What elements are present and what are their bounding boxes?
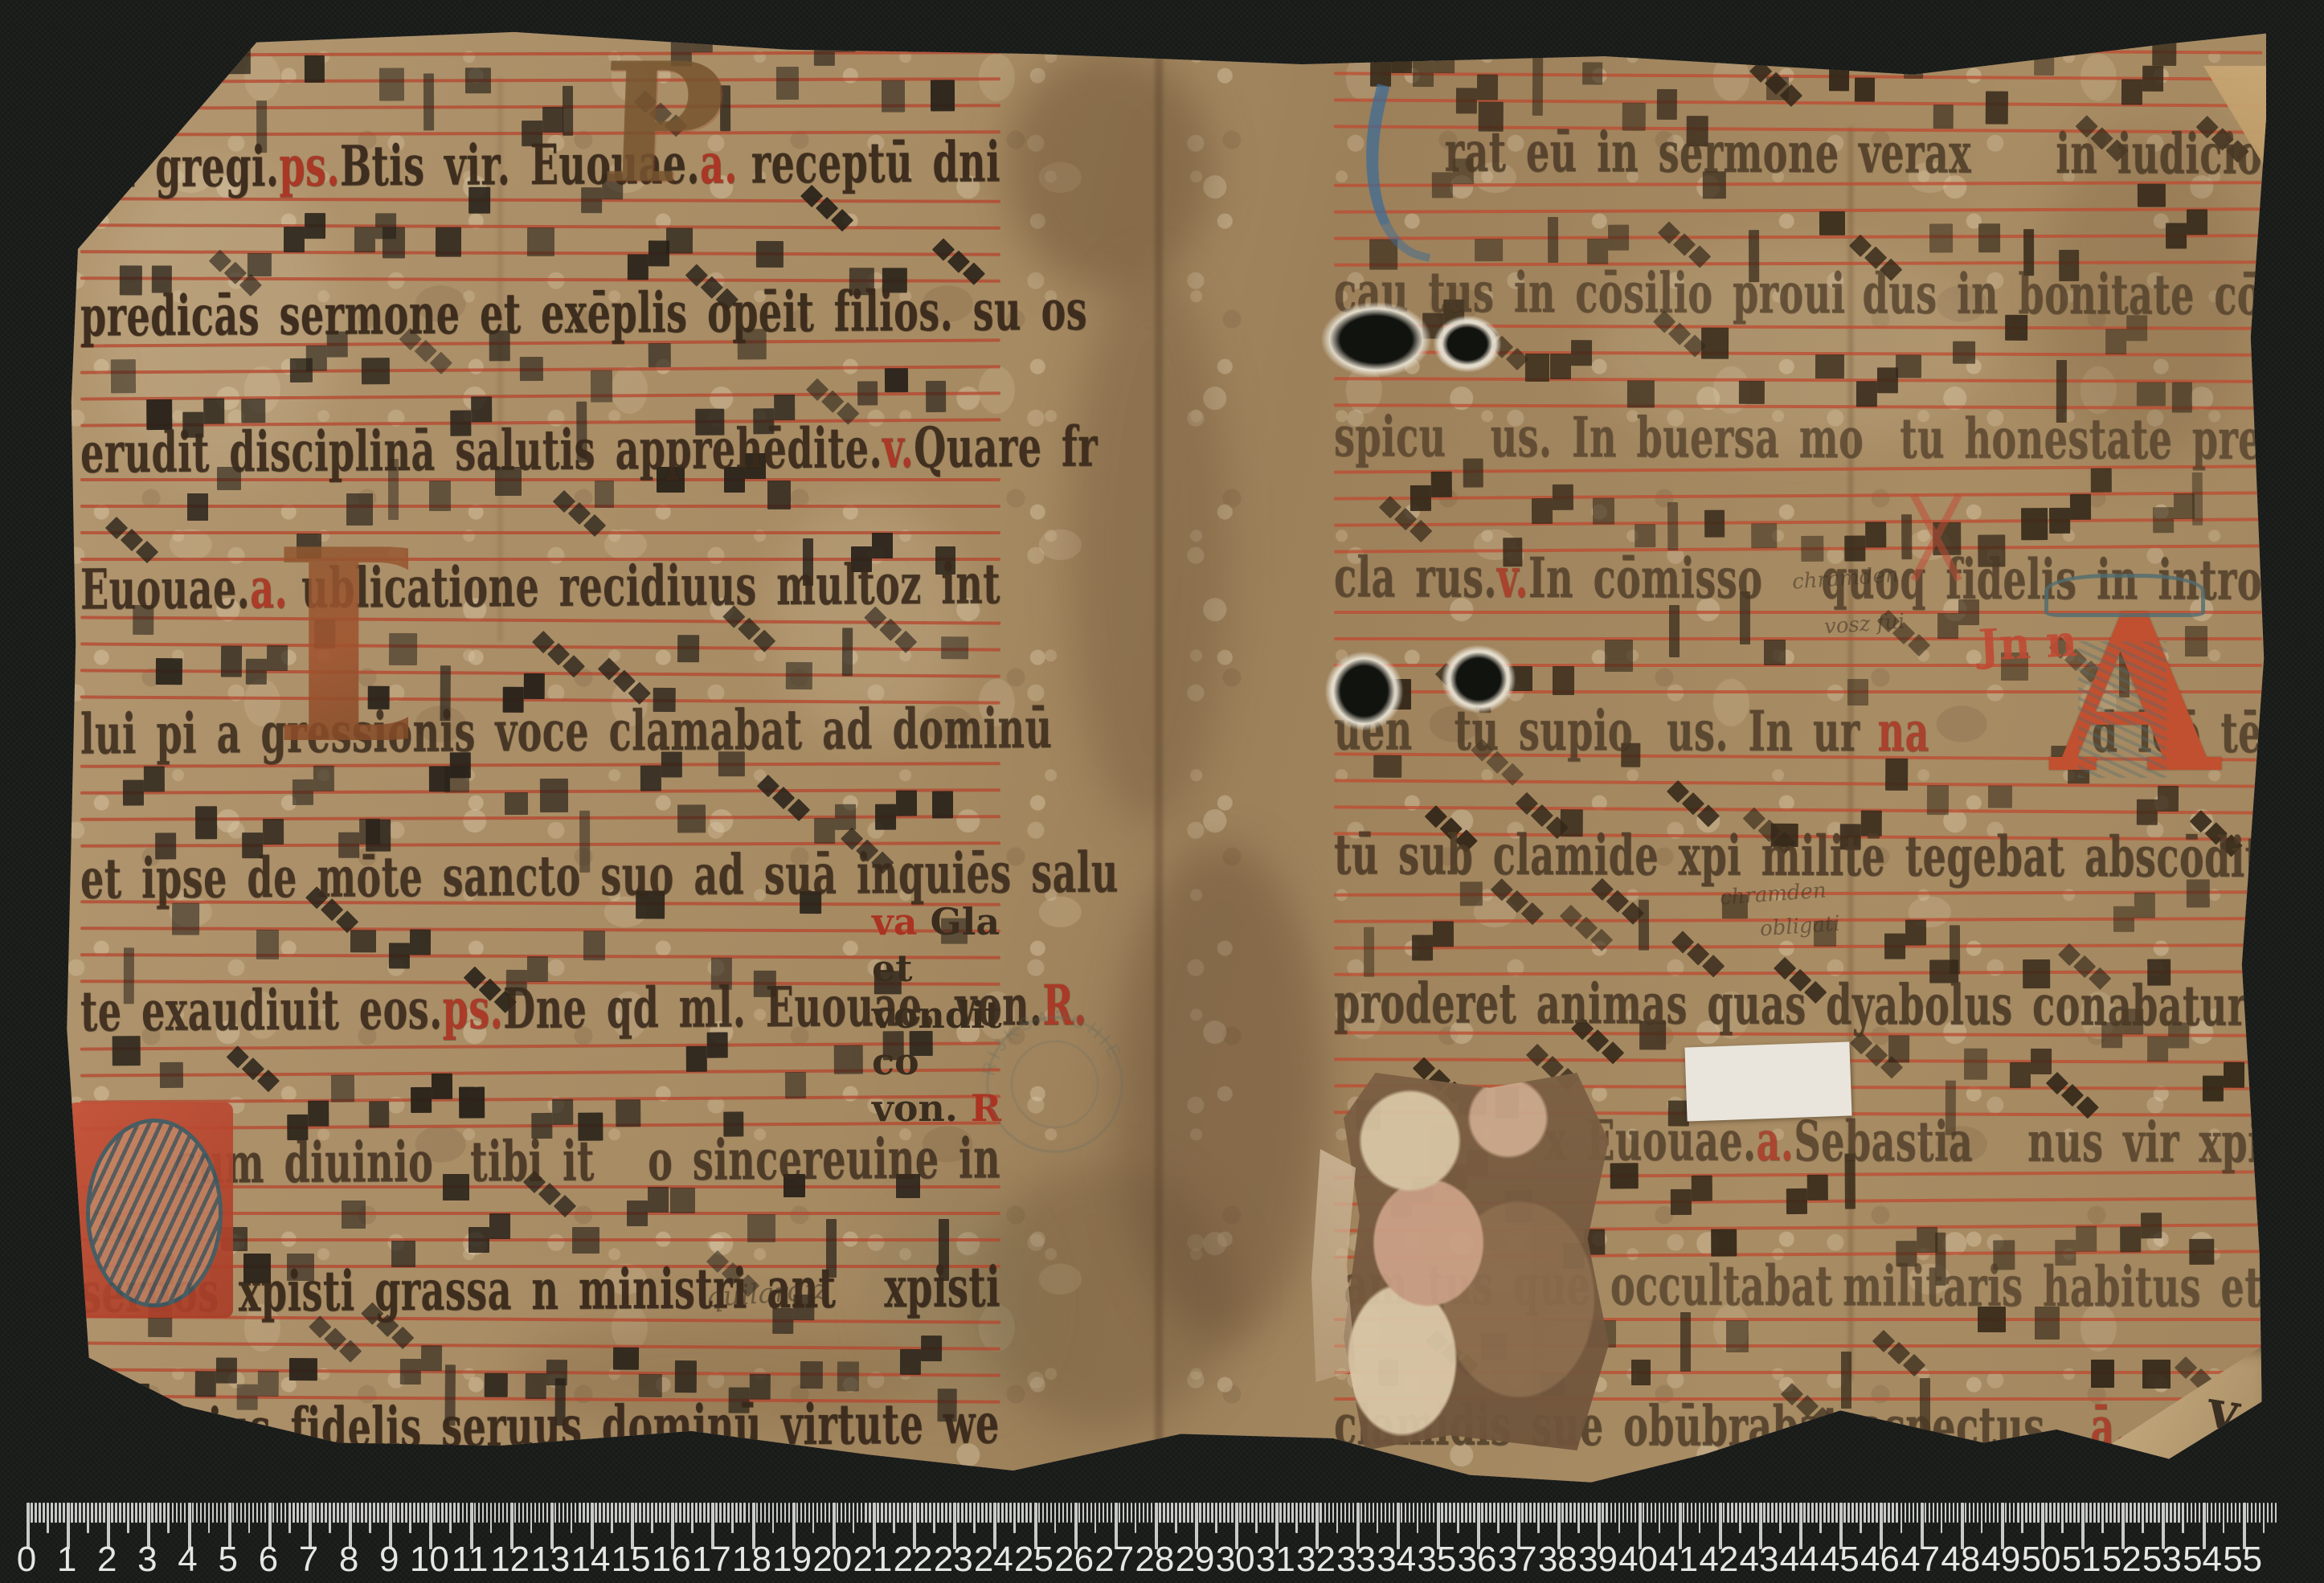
ruler-tick	[2017, 1503, 2019, 1523]
ruler-tick	[2089, 1503, 2092, 1523]
ruler-tick	[973, 1503, 976, 1533]
ruler-tick	[1143, 1503, 1145, 1523]
ruler-tick	[478, 1503, 481, 1523]
ruler-tick	[2154, 1503, 2156, 1523]
ruler-tick	[1659, 1503, 1661, 1533]
ruler-tick	[373, 1503, 375, 1523]
ruler-tick	[929, 1503, 931, 1523]
ruler-tick	[1751, 1503, 1753, 1523]
ruler-tick	[1513, 1503, 1516, 1523]
ruler-tick	[1473, 1503, 1475, 1523]
ruler-tick	[2025, 1503, 2027, 1523]
ruler-tick	[490, 1503, 493, 1533]
ruler-tick	[651, 1503, 653, 1533]
ruler-tick	[1038, 1503, 1041, 1523]
ruler-tick	[743, 1503, 746, 1523]
measurement-ruler-cm: 0123456789101112131415161718192021222324…	[0, 1501, 2324, 1583]
ruler-tick	[2239, 1503, 2241, 1523]
ruler-tick	[735, 1503, 738, 1523]
ruler-tick	[1973, 1503, 1975, 1523]
ruler-tick	[1159, 1503, 1161, 1523]
ruler-tick	[780, 1503, 783, 1523]
digitized-manuscript-photo: ibi gregi. ps. Btis vir. Euouae. a.recep…	[0, 0, 2324, 1583]
ruler-tick	[2130, 1503, 2132, 1523]
ruler-tick	[79, 1503, 81, 1523]
ruler-tick	[1090, 1503, 1093, 1523]
ruler-tick	[607, 1503, 609, 1523]
ruler-tick	[965, 1503, 968, 1523]
ruler-tick	[2134, 1503, 2136, 1523]
ruler-tick	[232, 1503, 235, 1523]
ruler-tick	[945, 1503, 947, 1523]
ruler-tick	[2105, 1503, 2108, 1523]
ruler-tick	[1715, 1503, 1717, 1523]
ruler-tick	[2093, 1503, 2096, 1523]
ruler-tick	[91, 1503, 93, 1523]
ruler-tick	[1429, 1503, 1431, 1523]
ruler-tick	[889, 1503, 891, 1523]
neume-punctum	[153, 68, 174, 92]
ruler-tick	[1219, 1503, 1221, 1523]
ruler-tick	[2251, 1503, 2253, 1523]
ruler-tick	[1078, 1503, 1081, 1523]
ruler-tick	[921, 1503, 923, 1523]
ruler-tick	[695, 1503, 698, 1523]
ruler-tick	[1529, 1503, 1532, 1523]
ruler-tick	[731, 1503, 734, 1533]
ruler-tick	[2085, 1503, 2088, 1523]
ruler-tick	[1046, 1503, 1049, 1523]
ruler-tick	[1360, 1503, 1363, 1523]
ruler-tick	[393, 1503, 395, 1523]
ruler-tick	[1001, 1503, 1004, 1523]
ruler-tick	[192, 1503, 194, 1523]
ruler-tick	[1127, 1503, 1129, 1523]
ruler-tick	[784, 1503, 787, 1523]
ruler-tick	[1537, 1503, 1540, 1533]
ruler-tick	[1993, 1503, 1995, 1523]
ruler-tick	[881, 1503, 883, 1523]
ruler-tick	[293, 1503, 295, 1523]
ruler-tick	[2117, 1503, 2120, 1523]
ruler-tick	[1303, 1503, 1306, 1523]
ruler-tick	[333, 1503, 335, 1523]
ruler-tick	[1449, 1503, 1451, 1523]
ruler-tick	[1949, 1503, 1951, 1523]
ruler-tick	[123, 1503, 125, 1523]
ruler-tick	[1823, 1503, 1826, 1523]
ruler-tick	[345, 1503, 347, 1523]
ruler-tick	[663, 1503, 665, 1523]
ruler-tick	[969, 1503, 972, 1523]
ruler-tick	[272, 1503, 275, 1523]
ruler-tick	[2101, 1503, 2104, 1533]
ruler-tick	[748, 1503, 751, 1523]
ruler-tick	[2195, 1503, 2197, 1523]
ruler-tick	[1324, 1503, 1327, 1523]
ruler-tick	[1135, 1503, 1137, 1533]
ruler-tick	[1565, 1503, 1568, 1523]
ruler-tick	[1843, 1503, 1846, 1523]
ruler-tick	[288, 1503, 291, 1533]
ruler-tick	[1884, 1503, 1886, 1523]
ruler-tick	[2109, 1503, 2112, 1523]
ruler-tick	[1425, 1503, 1427, 1523]
ruler-tick	[2199, 1503, 2201, 1523]
ruler-tick	[95, 1503, 97, 1523]
ruler-tick	[1977, 1503, 1979, 1523]
ruler-tick	[313, 1503, 315, 1523]
ruler-tick	[1771, 1503, 1774, 1523]
ruler-tick	[1731, 1503, 1733, 1523]
ruler-tick	[1569, 1503, 1572, 1523]
ruler-tick	[1227, 1503, 1230, 1523]
ruler-tick	[820, 1503, 823, 1523]
ruler-tick	[611, 1503, 613, 1533]
ruler-tick	[1667, 1503, 1669, 1523]
ruler-tick	[1509, 1503, 1512, 1523]
ruler-tick	[1409, 1503, 1411, 1523]
ruler-tick	[2178, 1503, 2180, 1523]
ruler-tick	[155, 1503, 158, 1523]
ruler-tick	[1909, 1503, 1911, 1523]
ruler-tick	[75, 1503, 77, 1523]
ruler-tick	[1577, 1503, 1580, 1533]
ruler-tick	[1320, 1503, 1322, 1523]
ruler-tick	[244, 1503, 247, 1523]
ruler-tick	[1985, 1503, 1987, 1523]
ruler-tick	[1691, 1503, 1693, 1523]
ruler-tick	[699, 1503, 702, 1523]
ruler-tick	[997, 1503, 1000, 1523]
ruler-number: 55	[2211, 1540, 2275, 1580]
ruler-tick	[1139, 1503, 1141, 1523]
ruler-tick	[2049, 1503, 2052, 1523]
ruler-tick	[675, 1503, 677, 1523]
ruler-tick	[925, 1503, 927, 1523]
ruler-tick	[1385, 1503, 1387, 1523]
ruler-tick	[877, 1503, 879, 1523]
ruler-tick	[1695, 1503, 1697, 1523]
ruler-tick	[55, 1503, 57, 1523]
ruler-tick	[2227, 1503, 2229, 1523]
ruler-tick	[841, 1503, 843, 1523]
ruler-tick	[949, 1503, 951, 1523]
ruler-tick	[172, 1503, 174, 1523]
ruler-tick	[905, 1503, 907, 1523]
ruler-tick	[397, 1503, 399, 1523]
ruler-tick	[115, 1503, 117, 1523]
ruler-tick	[2146, 1503, 2148, 1523]
neume-punctum	[125, 1384, 149, 1409]
ruler-tick	[1247, 1503, 1250, 1523]
ruler-tick	[1989, 1503, 1991, 1523]
ruler-tick	[2191, 1503, 2193, 1523]
ruler-tick	[764, 1503, 767, 1523]
ruler-tick	[1981, 1503, 1983, 1533]
ruler-tick	[151, 1503, 153, 1523]
ruler-tick	[1933, 1503, 1935, 1523]
ruler-tick	[2267, 1503, 2269, 1523]
ruler-tick	[445, 1503, 448, 1523]
ruler-tick	[1965, 1503, 1967, 1523]
ruler-tick	[1815, 1503, 1818, 1523]
ruler-tick	[1739, 1503, 1741, 1533]
ruler-tick	[381, 1503, 383, 1523]
ruler-tick	[1803, 1503, 1806, 1523]
ruler-tick	[1340, 1503, 1343, 1523]
ruler-tick	[1651, 1503, 1653, 1523]
ruler-tick	[1311, 1503, 1314, 1523]
ruler-tick	[522, 1503, 525, 1523]
ruler-tick	[1215, 1503, 1217, 1533]
ruler-tick	[2073, 1503, 2076, 1523]
ruler-tick	[1683, 1503, 1685, 1523]
ruler-tick	[1545, 1503, 1548, 1523]
ruler-tick	[1671, 1503, 1673, 1523]
ruler-tick	[2182, 1503, 2184, 1533]
ruler-tick	[1521, 1503, 1524, 1523]
ruler-tick	[321, 1503, 323, 1523]
ruler-tick	[518, 1503, 521, 1523]
ruler-tick	[546, 1503, 549, 1523]
ruler-tick	[240, 1503, 243, 1523]
ruler-tick	[1767, 1503, 1770, 1523]
ruler-tick	[1594, 1503, 1596, 1523]
ruler-tick	[1779, 1503, 1782, 1533]
ruler-tick	[2037, 1503, 2040, 1523]
ruler-tick	[425, 1503, 428, 1523]
ruler-tick	[1626, 1503, 1629, 1523]
ruler-tick	[679, 1503, 681, 1523]
ruler-tick	[1703, 1503, 1705, 1523]
ruler-tick	[337, 1503, 339, 1523]
ruler-tick	[43, 1503, 45, 1523]
ruler-tick	[1997, 1503, 1999, 1523]
ruler-tick	[361, 1503, 363, 1523]
ruler-tick	[1389, 1503, 1391, 1523]
ruler-tick	[1163, 1503, 1165, 1523]
ruler-tick	[812, 1503, 815, 1533]
ruler-tick	[220, 1503, 223, 1523]
ruler-tick	[2005, 1503, 2007, 1523]
ruler-tick	[1876, 1503, 1878, 1523]
edge-vignette	[60, 31, 2266, 1497]
ruler-tick	[1009, 1503, 1012, 1523]
ruler-tick	[804, 1503, 807, 1523]
ruler-tick	[739, 1503, 742, 1523]
ruler-tick	[1013, 1503, 1016, 1533]
ruler-tick	[530, 1503, 533, 1533]
ruler-tick	[768, 1503, 771, 1523]
ruler-tick	[2174, 1503, 2176, 1523]
ruler-tick	[1005, 1503, 1008, 1523]
ruler-tick	[1469, 1503, 1471, 1523]
ruler-tick	[2065, 1503, 2068, 1523]
ruler-tick	[1860, 1503, 1862, 1533]
ruler-tick	[837, 1503, 839, 1523]
ruler-tick	[506, 1503, 509, 1523]
ruler-tick	[353, 1503, 355, 1523]
ruler-tick	[1917, 1503, 1919, 1523]
ruler-tick	[796, 1503, 799, 1523]
ruler-tick	[575, 1503, 577, 1523]
ruler-tick	[1070, 1503, 1073, 1523]
ruler-tick	[2097, 1503, 2100, 1523]
ruler-tick	[35, 1503, 37, 1523]
ruler-tick	[1175, 1503, 1177, 1533]
ruler-tick	[808, 1503, 811, 1523]
ruler-tick	[2255, 1503, 2257, 1523]
ruler-tick	[341, 1503, 343, 1523]
ruler-tick	[1945, 1503, 1947, 1523]
ruler-tick	[1042, 1503, 1045, 1523]
ruler-tick	[103, 1503, 105, 1523]
ruler-tick	[2211, 1503, 2213, 1523]
ruler-tick	[457, 1503, 460, 1523]
ruler-tick	[180, 1503, 182, 1523]
ruler-tick	[1461, 1503, 1463, 1523]
ruler-tick	[635, 1503, 637, 1523]
ruler-tick	[583, 1503, 585, 1523]
ruler-tick	[329, 1503, 331, 1533]
neume-pes	[130, 96, 151, 121]
ruler-tick	[260, 1503, 263, 1523]
ruler-tick	[208, 1503, 211, 1533]
ruler-tick	[224, 1503, 227, 1523]
ruler-tick	[897, 1503, 899, 1523]
ruler-tick	[297, 1503, 299, 1523]
ruler-tick	[433, 1503, 436, 1523]
ruler-tick	[1501, 1503, 1504, 1523]
ruler-tick	[2259, 1503, 2261, 1523]
ruler-tick	[1481, 1503, 1483, 1523]
ruler-tick	[1369, 1503, 1371, 1523]
ruler-tick	[1856, 1503, 1858, 1523]
ruler-tick	[526, 1503, 529, 1523]
ruler-tick	[139, 1503, 141, 1523]
ruler-tick	[1465, 1503, 1467, 1523]
ruler-tick	[981, 1503, 984, 1523]
ruler-tick	[1590, 1503, 1592, 1523]
ruler-tick	[449, 1503, 452, 1533]
ruler-tick	[2113, 1503, 2116, 1523]
ruler-tick	[2069, 1503, 2072, 1523]
ruler-tick	[977, 1503, 980, 1523]
ruler-tick	[937, 1503, 939, 1523]
ruler-tick	[1787, 1503, 1790, 1523]
ruler-tick	[1082, 1503, 1085, 1523]
ruler-tick	[2150, 1503, 2152, 1523]
ruler-tick	[1791, 1503, 1794, 1523]
ruler-tick	[1094, 1503, 1097, 1533]
ruler-tick	[1381, 1503, 1383, 1523]
ruler-tick	[1573, 1503, 1576, 1523]
ruler-tick	[301, 1503, 303, 1523]
ruler-tick	[707, 1503, 710, 1523]
ruler-tick	[1271, 1503, 1274, 1523]
ruler-tick	[1655, 1503, 1657, 1523]
ruler-tick	[2158, 1503, 2160, 1523]
ruler-tick	[1533, 1503, 1536, 1523]
ruler-tick	[542, 1503, 545, 1523]
ruler-tick	[1864, 1503, 1866, 1523]
ruler-tick	[861, 1503, 863, 1523]
ruler-tick	[1630, 1503, 1633, 1523]
ruler-tick	[534, 1503, 537, 1523]
ruler-tick	[2187, 1503, 2189, 1523]
ruler-tick	[2207, 1503, 2209, 1523]
ruler-tick	[563, 1503, 565, 1523]
ruler-tick	[135, 1503, 137, 1523]
ruler-tick	[216, 1503, 219, 1523]
ruler-tick	[2126, 1503, 2128, 1523]
ruler-tick	[1892, 1503, 1894, 1523]
ruler-tick	[1287, 1503, 1290, 1523]
ruler-tick	[248, 1503, 251, 1533]
ruler-tick	[558, 1503, 561, 1523]
ruler-tick	[1775, 1503, 1778, 1523]
ruler-tick	[1291, 1503, 1294, 1523]
ruler-tick	[2138, 1503, 2140, 1523]
ruler-tick	[184, 1503, 186, 1523]
ruler-tick	[1352, 1503, 1355, 1523]
ruler-tick	[1622, 1503, 1625, 1523]
ruler-tick	[1171, 1503, 1173, 1523]
ruler-tick	[377, 1503, 379, 1523]
ruler-tick	[305, 1503, 307, 1523]
ruler-tick	[1107, 1503, 1109, 1523]
ruler-tick	[357, 1503, 359, 1523]
ruler-tick	[441, 1503, 444, 1523]
ruler-tick	[917, 1503, 919, 1523]
ruler-tick	[51, 1503, 53, 1523]
ruler-tick	[1872, 1503, 1874, 1523]
ruler-tick	[494, 1503, 497, 1523]
ruler-tick	[1119, 1503, 1121, 1523]
ruler-tick	[538, 1503, 541, 1523]
ruler-tick	[482, 1503, 485, 1523]
ruler-tick	[47, 1503, 49, 1533]
ruler-tick	[1505, 1503, 1508, 1523]
ruler-tick	[1561, 1503, 1564, 1523]
ruler-tick	[893, 1503, 895, 1533]
ruler-tick	[1203, 1503, 1205, 1523]
ruler-tick	[2247, 1503, 2249, 1523]
ruler-tick	[1199, 1503, 1201, 1523]
ruler-tick	[647, 1503, 649, 1523]
ruler-tick	[1328, 1503, 1331, 1523]
ruler-tick	[1243, 1503, 1246, 1523]
ruler-tick	[1103, 1503, 1105, 1523]
ruler-tick	[1283, 1503, 1286, 1523]
ruler-tick	[2235, 1503, 2237, 1523]
ruler-tick	[885, 1503, 887, 1523]
ruler-tick	[1223, 1503, 1225, 1523]
ruler-tick	[462, 1503, 464, 1523]
ruler-tick	[1453, 1503, 1455, 1523]
ruler-tick	[687, 1503, 689, 1523]
ruler-tick	[163, 1503, 166, 1523]
ruler-tick	[59, 1503, 61, 1523]
ruler-tick	[1941, 1503, 1943, 1533]
ruler-tick	[691, 1503, 694, 1533]
ruler-tick	[2263, 1503, 2265, 1533]
ruler-tick	[1675, 1503, 1677, 1523]
ruler-tick	[776, 1503, 779, 1523]
ruler-tick	[200, 1503, 203, 1523]
ruler-tick	[1151, 1503, 1153, 1523]
